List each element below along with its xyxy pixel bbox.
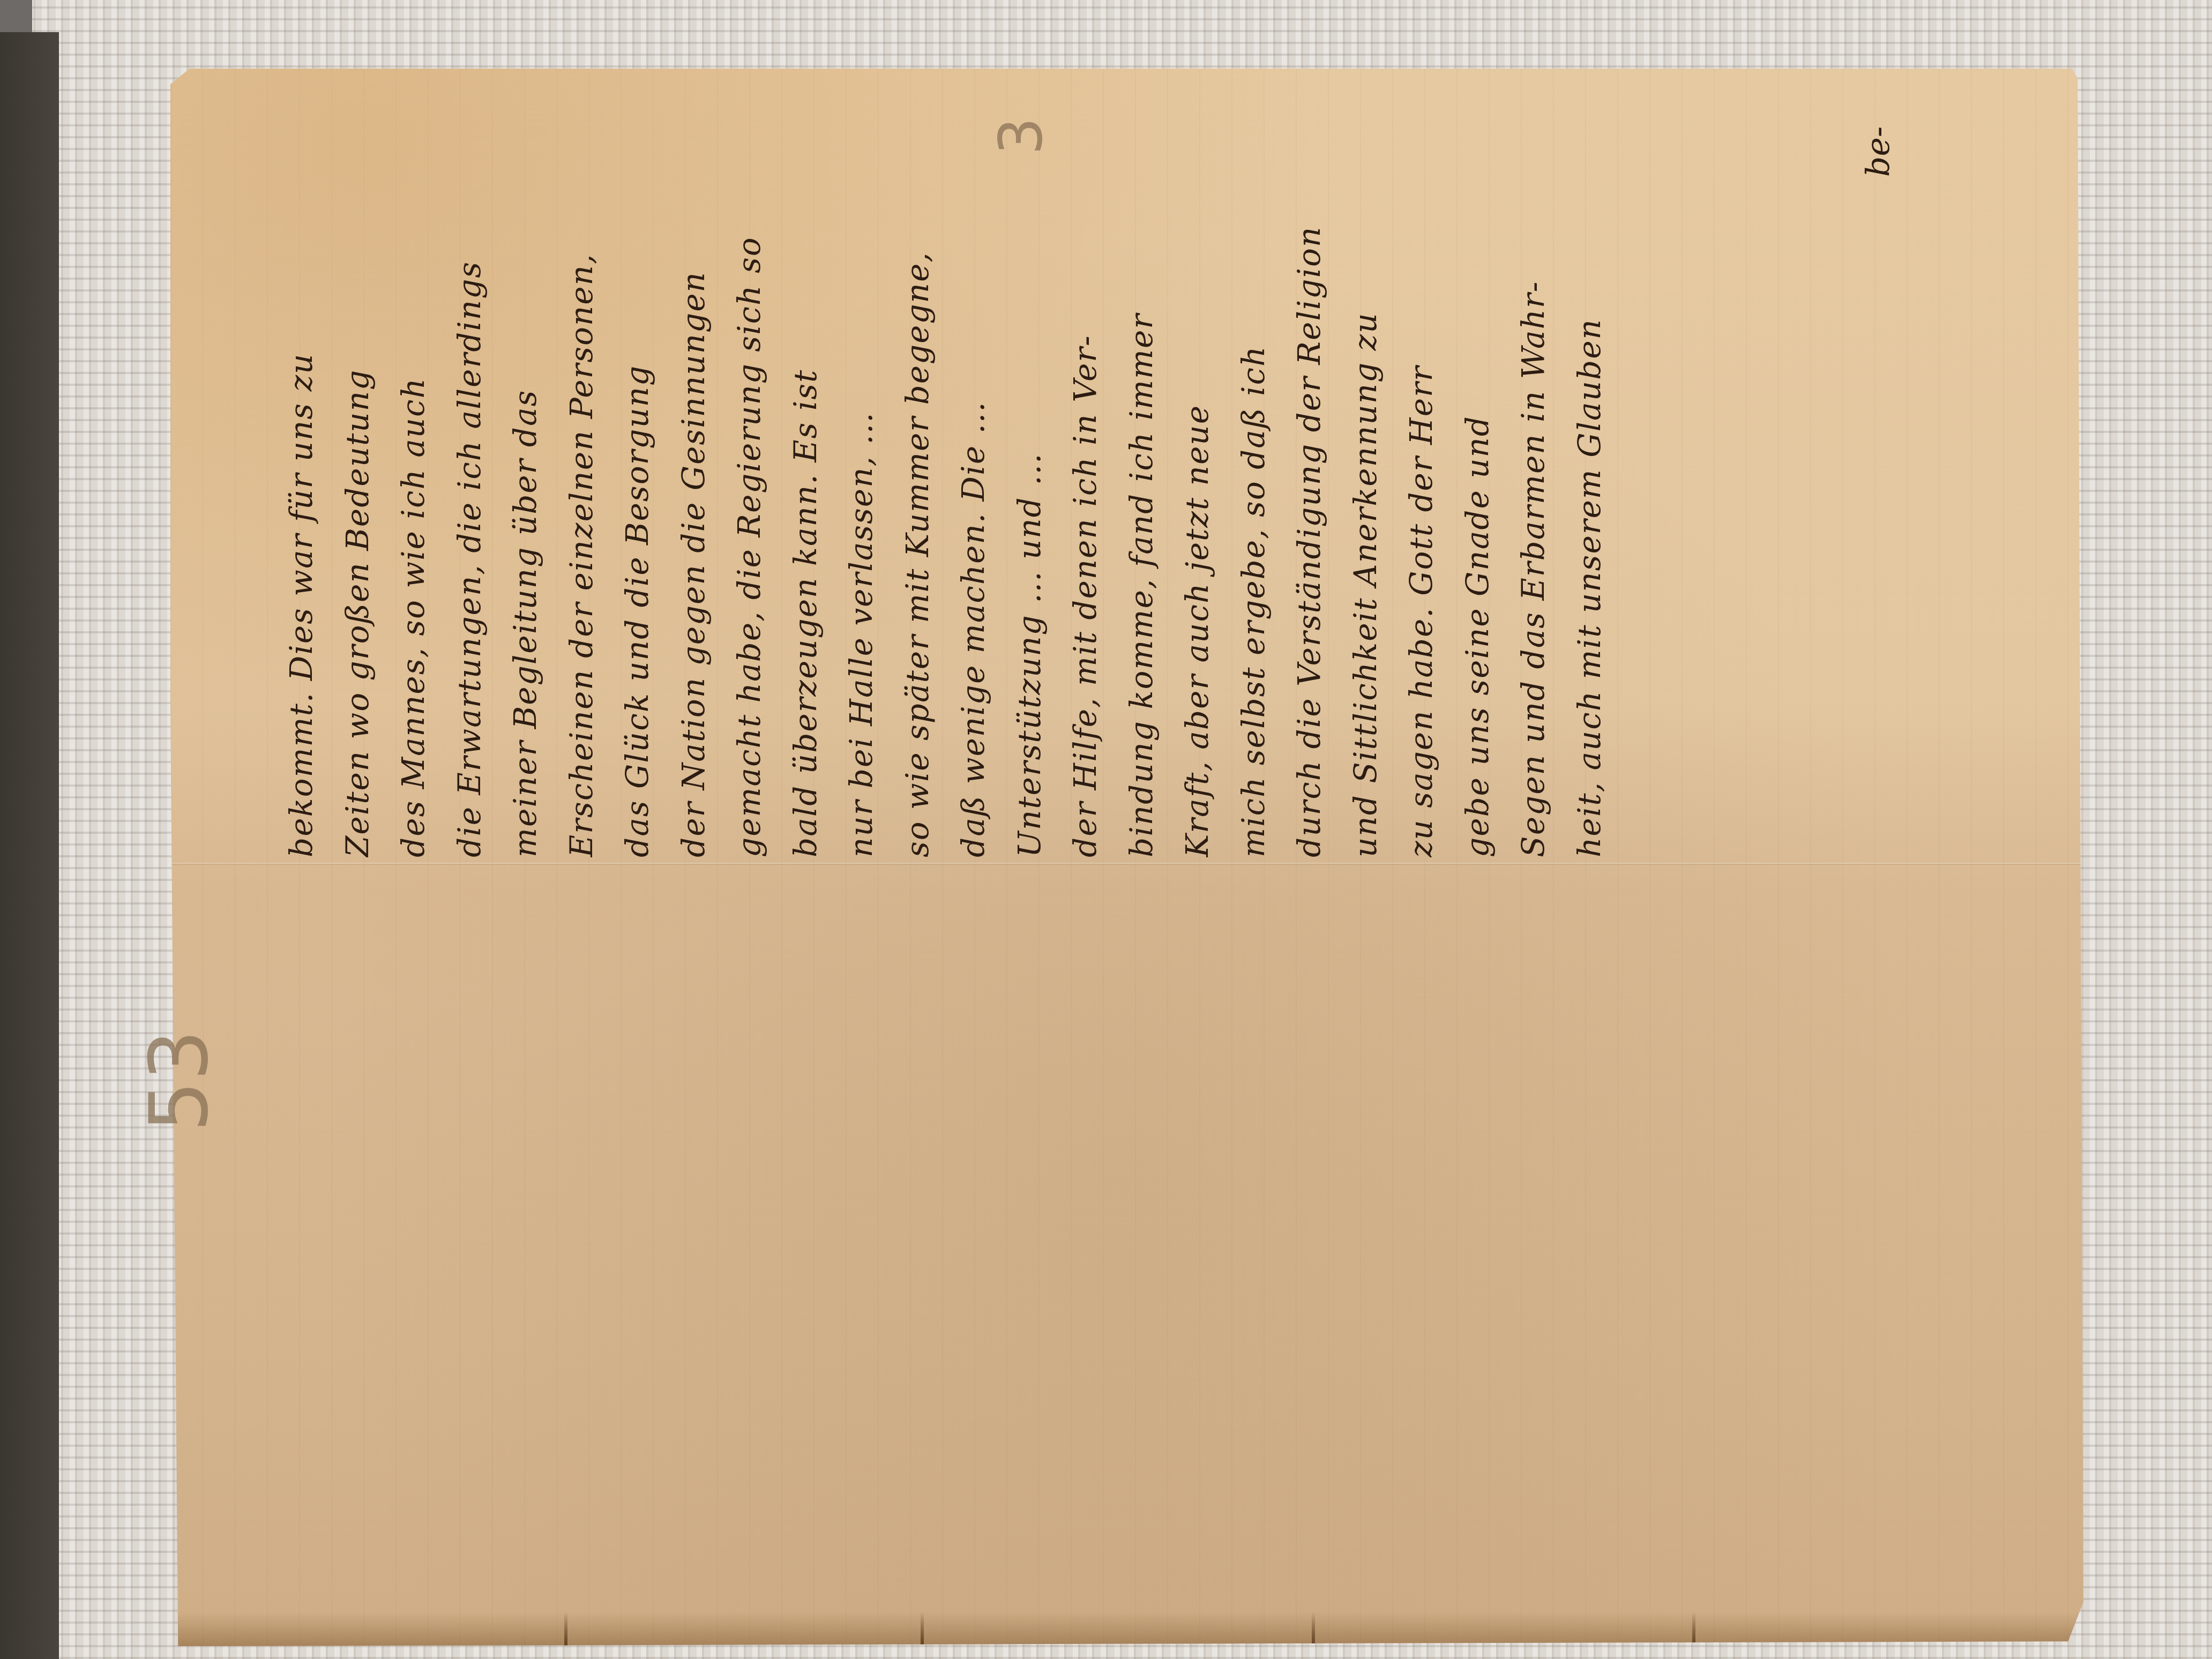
catchword: be-	[1859, 126, 1897, 177]
text-line: bekommt. Dies war für uns zu	[273, 145, 330, 857]
corner-object	[0, 0, 32, 32]
text-line: durch die Verständigung der Religion	[1281, 145, 1337, 857]
text-line: zu sagen habe. Gott der Herr	[1393, 145, 1449, 857]
text-line: gebe uns seine Gnade und	[1449, 145, 1506, 857]
text-line: gemacht habe, die Regierung sich so	[721, 145, 778, 857]
fold-line	[170, 863, 2083, 865]
binding-hole	[921, 1612, 924, 1649]
text-line: meiner Begleitung über das	[497, 145, 554, 857]
text-line: Erscheinen der einzelnen Personen,	[554, 145, 610, 857]
text-line: Kraft, aber auch jetzt neue	[1169, 145, 1225, 857]
handwritten-text-block: bekommt. Dies war für uns zu Zeiten wo g…	[273, 145, 2095, 857]
text-line: Segen und das Erbarmen in Wahr-	[1505, 145, 1561, 857]
text-line: mich selbst ergebe, so daß ich	[1225, 145, 1282, 857]
pencil-folio-number: 53	[133, 1030, 226, 1132]
dark-table-edge	[0, 32, 59, 1659]
text-line: Unterstützung ... und ...	[1002, 145, 1058, 857]
text-line: Zeiten wo großen Bedeutung	[330, 145, 386, 857]
text-line: das Glück und die Besorgung	[609, 145, 666, 857]
text-line: daß wenige machen. Die ...	[945, 145, 1002, 857]
text-line: bald überzeugen kann. Es ist	[778, 145, 834, 857]
text-line: so wie später mit Kummer begegne,	[890, 145, 946, 857]
binding-hole	[564, 1612, 567, 1649]
text-line: heit, auch mit unserem Glauben	[1561, 145, 1618, 857]
text-line: und Sittlichkeit Anerkennung zu	[1337, 145, 1394, 857]
text-line: der Hilfe, mit denen ich in Ver-	[1057, 145, 1114, 857]
text-line: bindung komme, fand ich immer	[1114, 145, 1170, 857]
text-line: der Nation gegen die Gesinnungen	[666, 145, 722, 857]
text-line: nur bei Halle verlassen, ...	[833, 145, 890, 857]
text-line: des Mannes, so wie ich auch	[385, 145, 442, 857]
text-line: die Erwartungen, die ich allerdings	[442, 145, 498, 857]
